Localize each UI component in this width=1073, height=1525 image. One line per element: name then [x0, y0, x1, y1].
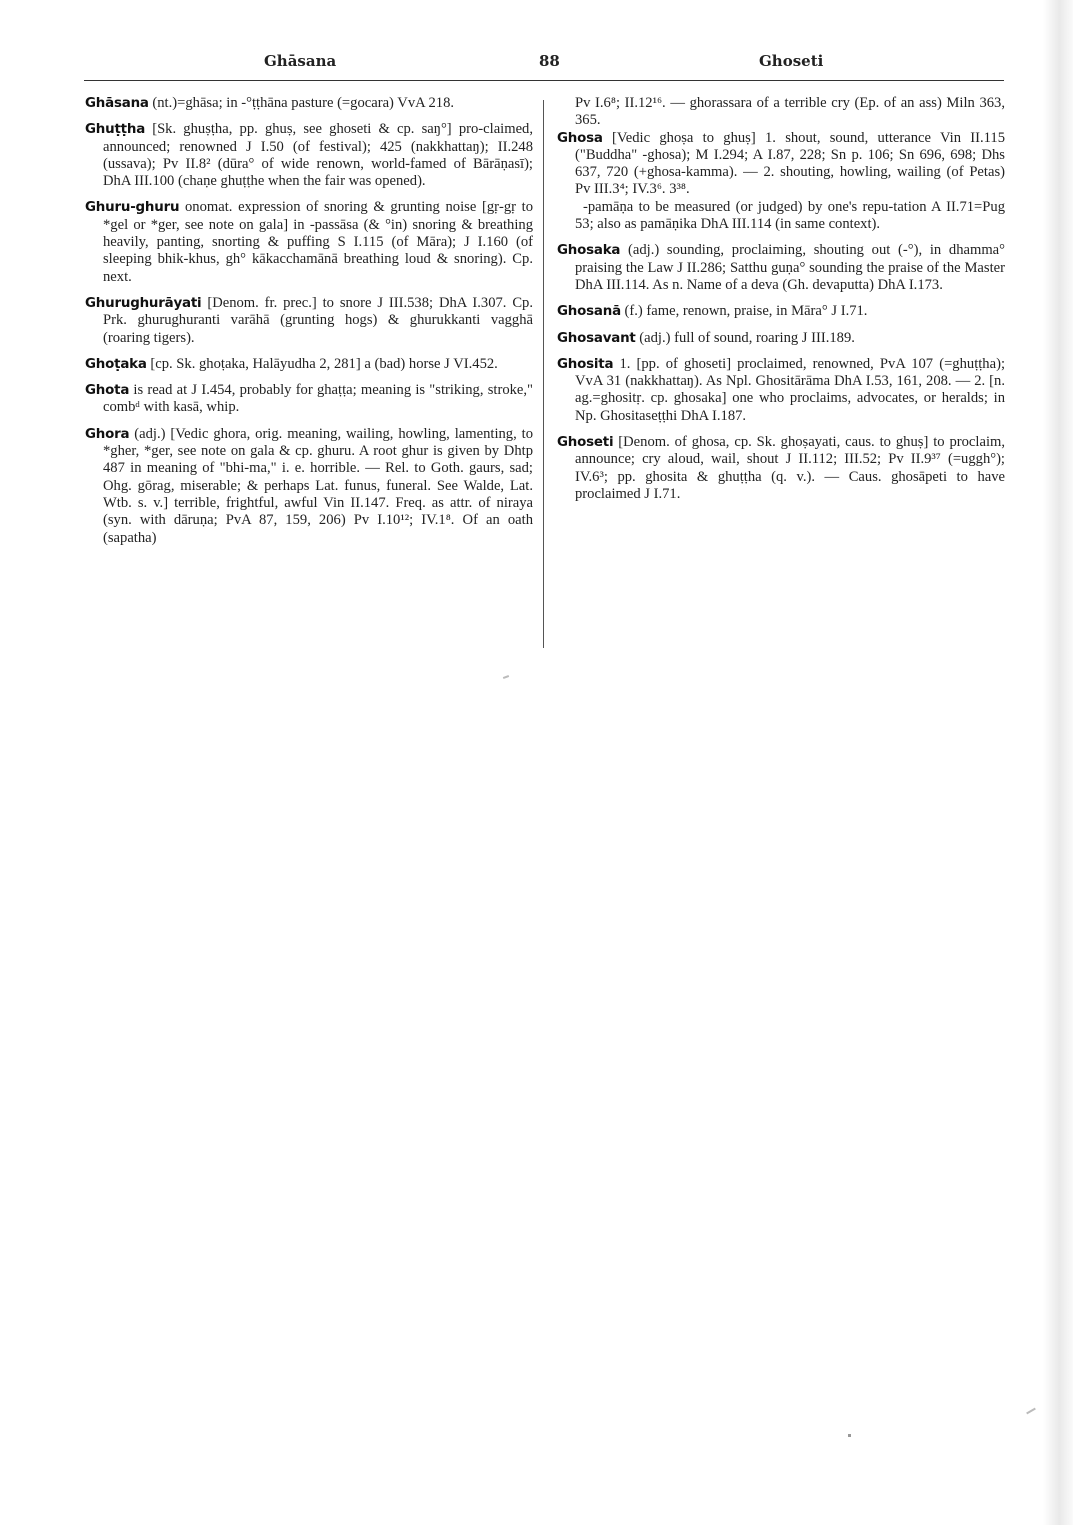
entry-ghosavant: Ghosavant (adj.) full of sound, roaring …: [557, 330, 1005, 347]
running-head: Ghāsana 88 Ghoseti: [84, 52, 1004, 74]
entry-ghuttha: Ghuṭṭha [Sk. ghuṣṭha, pp. ghuṣ, see ghos…: [85, 121, 533, 190]
running-head-first-word: Ghāsana: [264, 52, 336, 70]
entry-ghosita: Ghosita 1. [pp. of ghoseti] proclaimed, …: [557, 356, 1005, 425]
headword: Ghurughurāyati: [85, 296, 201, 311]
headword: Ghota: [85, 383, 129, 398]
entry-body: 1. [pp. of ghoseti] proclaimed, renowned…: [575, 356, 1005, 424]
headword: Ghāsana: [85, 96, 149, 111]
headword: Ghuṭṭha: [85, 122, 145, 137]
entry-body: [Sk. ghuṣṭha, pp. ghuṣ, see ghoseti & cp…: [103, 121, 533, 189]
entry-body: (adj.) [Vedic ghora, orig. meaning, wail…: [103, 426, 533, 546]
headword: Ghora: [85, 427, 129, 442]
entry-ghosa: Ghosa [Vedic ghoṣa to ghuṣ] 1. shout, so…: [557, 130, 1005, 199]
header-rule: [84, 80, 1004, 81]
entry-body: [cp. Sk. ghoṭaka, Halāyudha 2, 281] a (b…: [147, 356, 498, 372]
entry-body: (nt.)=ghāsa; in -°ṭṭhāna pasture (=gocar…: [149, 95, 454, 111]
running-head-last-word: Ghoseti: [759, 52, 823, 70]
scan-speck: [848, 1434, 851, 1437]
right-column: Pv I.6⁸; II.12¹⁶. — ghorassara of a terr…: [557, 95, 1005, 512]
binding-gutter-shadow: [1043, 0, 1073, 1525]
headword: Ghosanā: [557, 304, 621, 319]
dictionary-page: Ghāsana 88 Ghoseti Ghāsana (nt.)=ghāsa; …: [0, 0, 1073, 1525]
scan-speck: [1026, 1408, 1036, 1415]
entry-body: [Denom. of ghosa, cp. Sk. ghoṣayati, cau…: [575, 434, 1005, 502]
entry-ghuru-ghuru: Ghuru-ghuru onomat. expression of snorin…: [85, 199, 533, 285]
headword: Ghosaka: [557, 243, 620, 258]
entry-body: [Vedic ghoṣa to ghuṣ] 1. shout, sound, u…: [575, 130, 1005, 198]
entry-body: is read at J I.454, probably for ghaṭṭa;…: [103, 382, 533, 415]
left-column: Ghāsana (nt.)=ghāsa; in -°ṭṭhāna pasture…: [85, 95, 533, 556]
entry-ghosa-pamana: -pamāṇa to be measured (or judged) by on…: [557, 199, 1005, 234]
headword: Ghosita: [557, 357, 613, 372]
entry-body: -pamāṇa to be measured (or judged) by on…: [575, 199, 1005, 232]
entry-ghora: Ghora (adj.) [Vedic ghora, orig. meaning…: [85, 426, 533, 547]
entry-ghora-continuation: Pv I.6⁸; II.12¹⁶. — ghorassara of a terr…: [557, 95, 1005, 130]
scan-speck: [503, 675, 509, 679]
entry-ghosaka: Ghosaka (adj.) sounding, proclaiming, sh…: [557, 242, 1005, 294]
headword: Ghuru-ghuru: [85, 200, 179, 215]
entry-body: (f.) fame, renown, praise, in Māra° J I.…: [621, 303, 868, 319]
headword: Ghoseti: [557, 435, 613, 450]
entry-ghoseti: Ghoseti [Denom. of ghosa, cp. Sk. ghoṣay…: [557, 434, 1005, 503]
headword: Ghosa: [557, 131, 603, 146]
entry-body: (adj.) full of sound, roaring J III.189.: [636, 330, 855, 346]
headword: Ghoṭaka: [85, 357, 147, 372]
page-number: 88: [539, 52, 560, 70]
entry-ghotaka: Ghoṭaka [cp. Sk. ghoṭaka, Halāyudha 2, 2…: [85, 356, 533, 373]
column-divider: [543, 100, 544, 648]
entry-ghosana: Ghosanā (f.) fame, renown, praise, in Mā…: [557, 303, 1005, 320]
headword: Ghosavant: [557, 331, 636, 346]
entry-ghota: Ghota is read at J I.454, probably for g…: [85, 382, 533, 417]
entry-ghurughurayati: Ghurughurāyati [Denom. fr. prec.] to sno…: [85, 295, 533, 347]
entry-ghasana: Ghāsana (nt.)=ghāsa; in -°ṭṭhāna pasture…: [85, 95, 533, 112]
entry-body: (adj.) sounding, proclaiming, shouting o…: [575, 242, 1005, 293]
